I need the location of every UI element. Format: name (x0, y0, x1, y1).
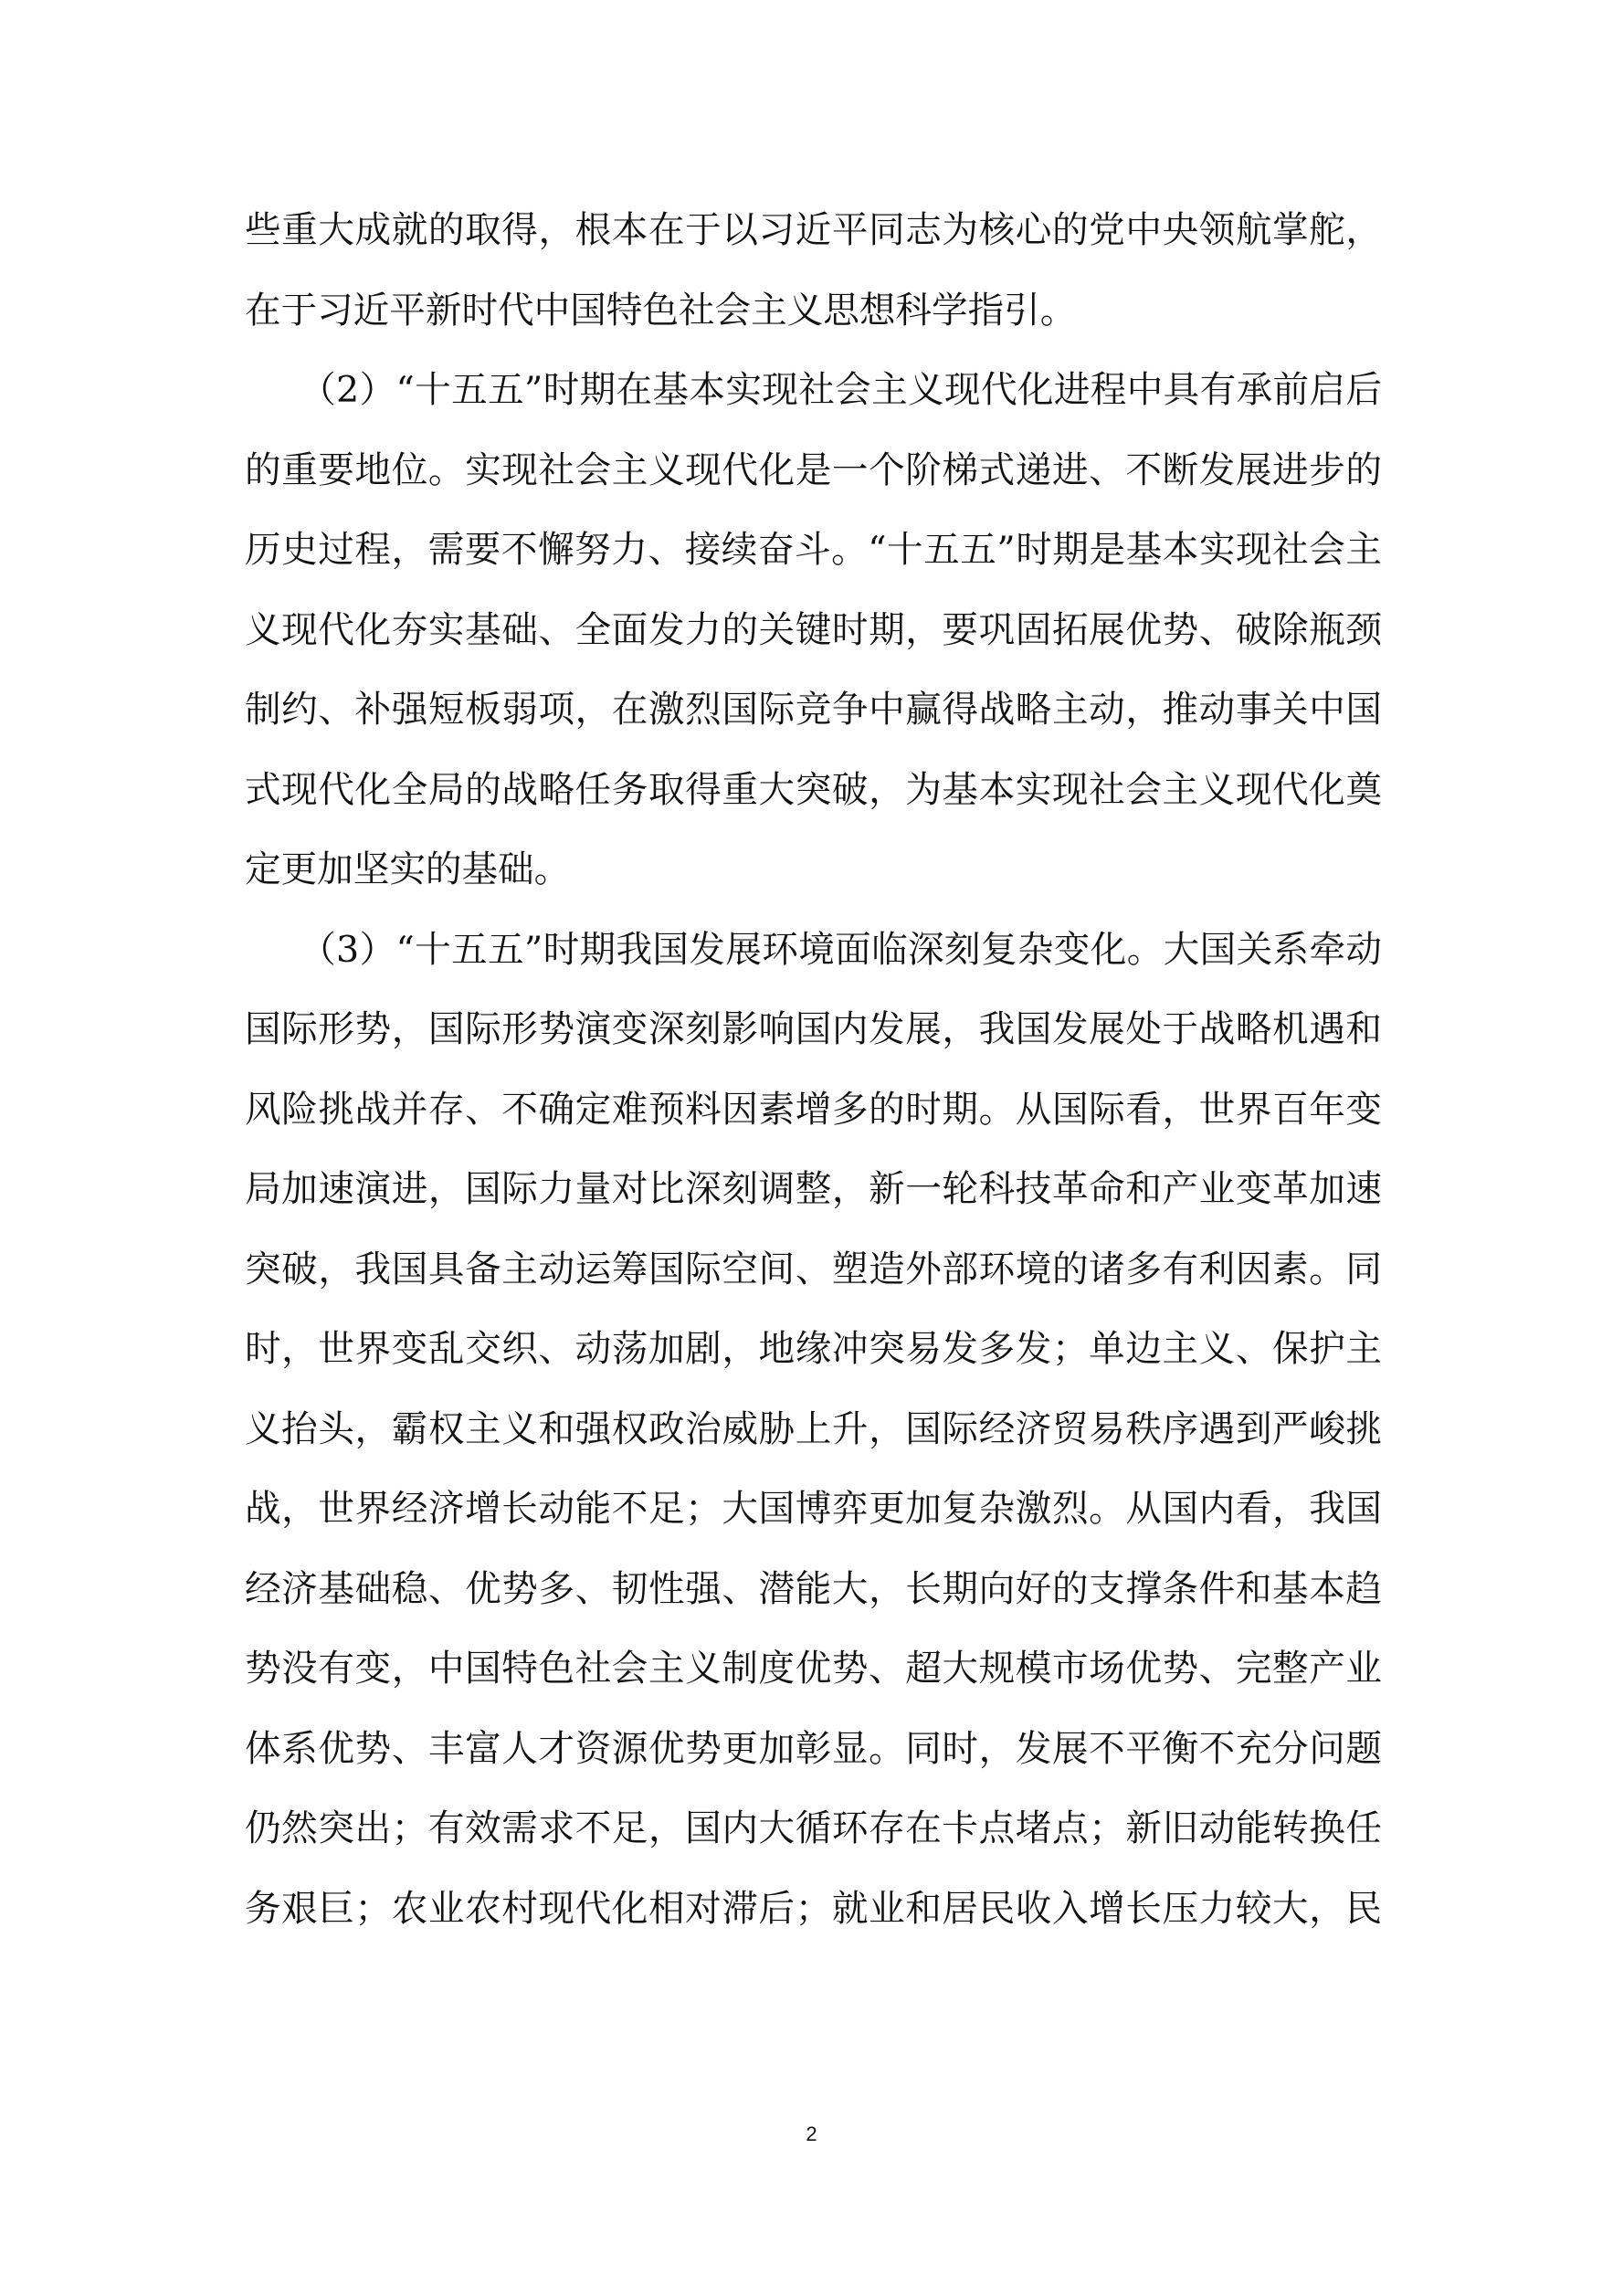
text-line: 定更加坚实的基础。 (245, 842, 1382, 922)
text-line: 务艰巨；农业农村现代化相对滞后；就业和居民收入增长压力较大，民 (245, 1881, 1382, 1962)
text-line: （2）“十五五”时期在基本实现社会主义现代化进程中具有承前启后 (245, 363, 1382, 443)
text-line: 经济基础稳、优势多、韧性强、潜能大，长期向好的支撑条件和基本趋 (245, 1562, 1382, 1642)
text-line: 些重大成就的取得，根本在于以习近平同志为核心的党中央领航掌舵， (245, 203, 1382, 283)
text-line: 局加速演进，国际力量对比深刻调整，新一轮科技革命和产业变革加速 (245, 1162, 1382, 1242)
text-line: 制约、补强短板弱项，在激烈国际竞争中赢得战略主动，推动事关中国 (245, 682, 1382, 763)
document-page: 些重大成就的取得，根本在于以习近平同志为核心的党中央领航掌舵， 在于习近平新时代… (0, 0, 1623, 2296)
text-line: 势没有变，中国特色社会主义制度优势、超大规模市场优势、完整产业 (245, 1641, 1382, 1722)
text-line: （3）“十五五”时期我国发展环境面临深刻复杂变化。大国关系牵动 (245, 922, 1382, 1003)
text-line: 义现代化夯实基础、全面发力的关键时期，要巩固拓展优势、破除瓶颈 (245, 603, 1382, 683)
text-line: 在于习近平新时代中国特色社会主义思想科学指引。 (245, 283, 1382, 363)
text-line: 体系优势、丰富人才资源优势更加彰显。同时，发展不平衡不充分问题 (245, 1722, 1382, 1802)
paragraph-3: （3）“十五五”时期我国发展环境面临深刻复杂变化。大国关系牵动 国际形势，国际形… (245, 922, 1382, 1962)
page-number: 2 (0, 2122, 1623, 2146)
paragraph-continuation: 些重大成就的取得，根本在于以习近平同志为核心的党中央领航掌舵， 在于习近平新时代… (245, 203, 1382, 363)
document-body: 些重大成就的取得，根本在于以习近平同志为核心的党中央领航掌舵， 在于习近平新时代… (245, 203, 1382, 1961)
text-line: 国际形势，国际形势演变深刻影响国内发展，我国发展处于战略机遇和 (245, 1002, 1382, 1082)
text-line: 的重要地位。实现社会主义现代化是一个阶梯式递进、不断发展进步的 (245, 443, 1382, 523)
text-line: 时，世界变乱交织、动荡加剧，地缘冲突易发多发；单边主义、保护主 (245, 1322, 1382, 1402)
text-line: 历史过程，需要不懈努力、接续奋斗。“十五五”时期是基本实现社会主 (245, 522, 1382, 603)
paragraph-2: （2）“十五五”时期在基本实现社会主义现代化进程中具有承前启后 的重要地位。实现… (245, 363, 1382, 922)
text-line: 仍然突出；有效需求不足，国内大循环存在卡点堵点；新旧动能转换任 (245, 1801, 1382, 1881)
text-line: 式现代化全局的战略任务取得重大突破，为基本实现社会主义现代化奠 (245, 763, 1382, 843)
text-line: 义抬头，霸权主义和强权政治威胁上升，国际经济贸易秩序遇到严峻挑 (245, 1402, 1382, 1482)
text-line: 风险挑战并存、不确定难预料因素增多的时期。从国际看，世界百年变 (245, 1082, 1382, 1163)
text-line: 突破，我国具备主动运筹国际空间、塑造外部环境的诸多有利因素。同 (245, 1242, 1382, 1322)
text-line: 战，世界经济增长动能不足；大国博弈更加复杂激烈。从国内看，我国 (245, 1481, 1382, 1562)
